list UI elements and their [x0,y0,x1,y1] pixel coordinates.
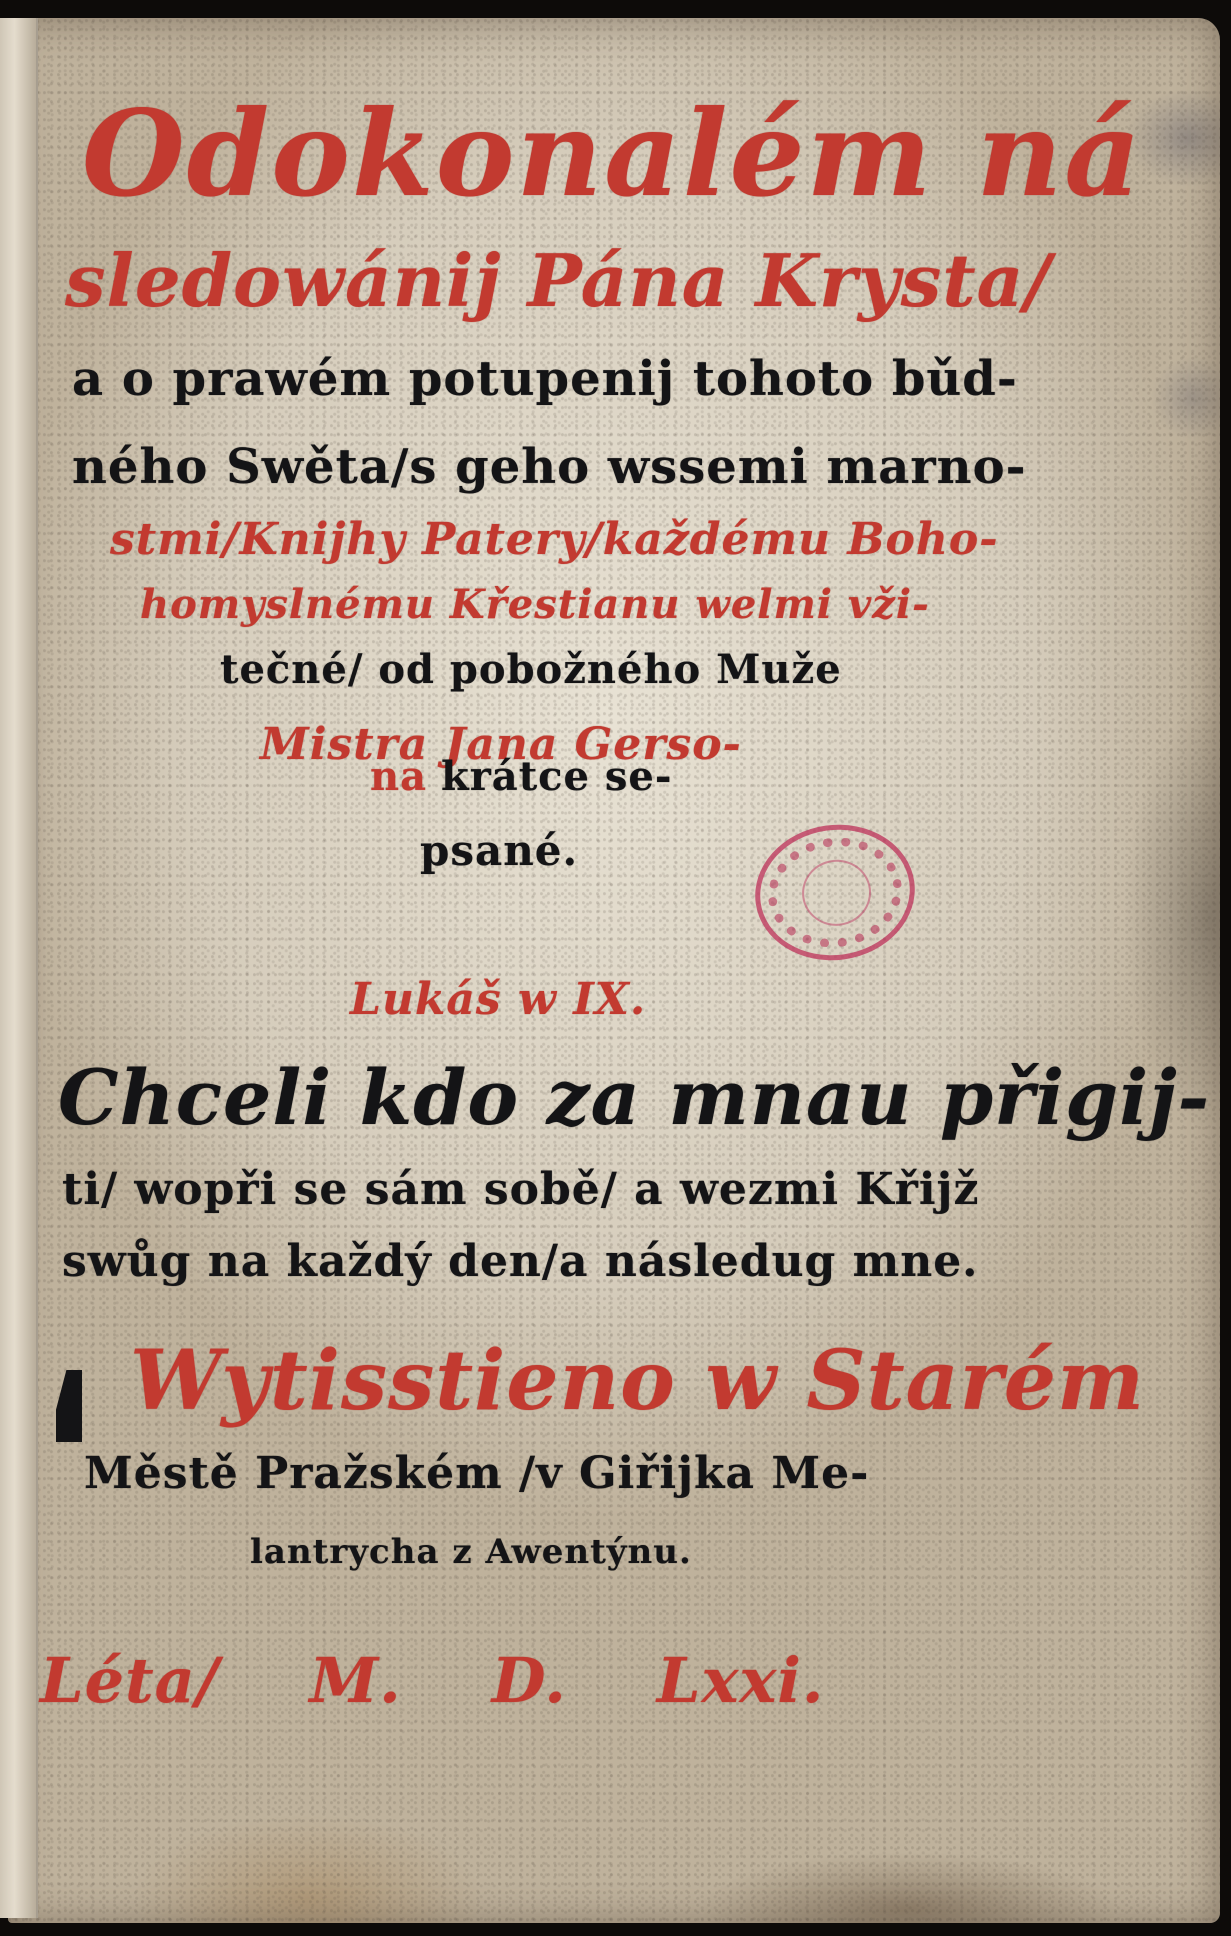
imprint-line-3: lantrycha z Awentýnu. [250,1535,692,1569]
scanned-page-viewer: Odokonalém ná sledowánij Pána Krysta/ a … [0,0,1231,1936]
title-line-2: sledowánij Pána Krysta/ [65,245,1052,317]
date-part-lxxi: Lxxi. [657,1644,825,1717]
title-line-3: a o prawém potupenij tohoto bǔd- [72,355,1018,403]
imprint-line-1: Wytisstieno w Starém [130,1340,1145,1422]
quote-line-3: swůg na každý den/a následug mne. [62,1240,979,1284]
quote-line-2: ti/ wopři se sám sobě/ a wezmi Křijž [62,1168,979,1212]
title-line-7: tečné/ od pobožného Muže [220,650,842,690]
paragraph-mark-icon [56,1370,82,1442]
date-part-d: D. [492,1644,567,1717]
quote-line-1: Chceli kdo za mnau přigij- [58,1060,1210,1136]
imprint-line-2: Městě Pražském /v Giřijka Me- [84,1452,869,1496]
title-page-text: Odokonalém ná sledowánij Pána Krysta/ a … [0,0,1231,1936]
title-line-9: nakrátce se- [370,757,672,797]
title-line-6: homyslnému Křestianu welmi vži- [140,585,930,625]
title-line-1: Odokonalém ná [82,95,1143,213]
title-line-9-black: krátce se- [441,753,672,800]
scripture-reference: Lukáš w IX. [350,978,646,1022]
date-part-m: M. [310,1644,402,1717]
stamp-text [759,870,908,891]
date-line: Léta/M.D.Lxxi. [40,1650,915,1712]
title-line-9-red: na [370,753,427,800]
library-stamp-icon [746,815,923,971]
title-line-10: psané. [420,830,578,872]
title-line-4: ného Swěta/s geho wssemi marno- [72,443,1027,491]
date-part-leta: Léta/ [40,1644,220,1717]
title-line-5: stmi/Knijhy Patery/každému Boho- [110,518,998,562]
